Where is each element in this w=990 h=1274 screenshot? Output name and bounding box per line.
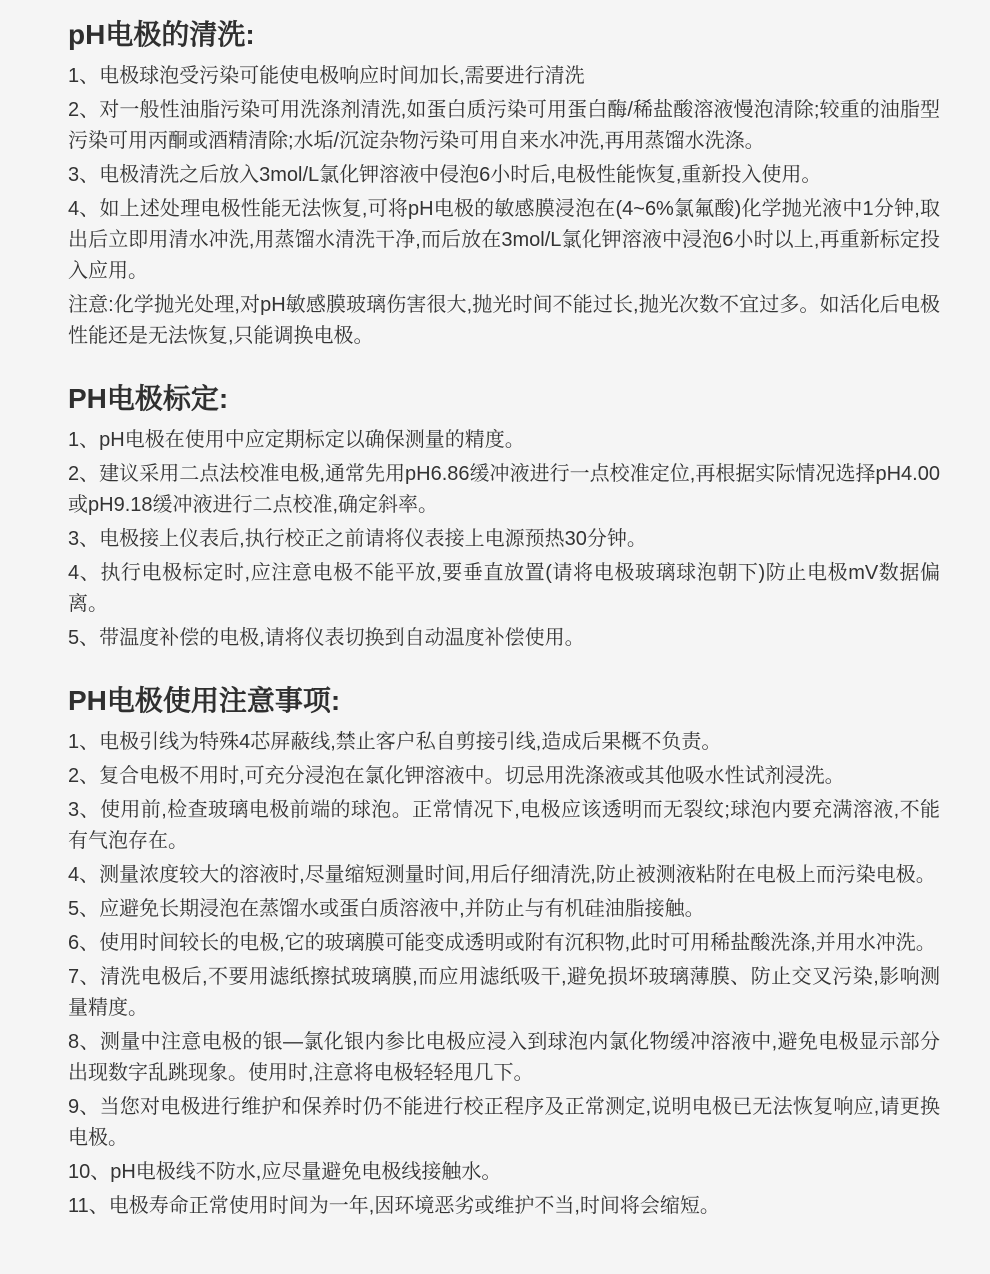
list-item: 10、pH电极线不防水,应尽量避免电极线接触水。 xyxy=(68,1157,940,1188)
section-ph-usage-precautions: PH电极使用注意事项: 1、电极引线为特殊4芯屏蔽线,禁止客户私自剪接引线,造成… xyxy=(68,680,940,1222)
list-item: 3、电极清洗之后放入3mol/L氯化钾溶液中侵泡6小时后,电极性能恢复,重新投入… xyxy=(68,160,940,191)
list-item: 6、使用时间较长的电极,它的玻璃膜可能变成透明或附有沉积物,此时可用稀盐酸洗涤,… xyxy=(68,928,940,959)
section-title: PH电极使用注意事项: xyxy=(68,680,940,722)
list-item: 4、测量浓度较大的溶液时,尽量缩短测量时间,用后仔细清洗,防止被测液粘附在电极上… xyxy=(68,860,940,891)
list-item: 11、电极寿命正常使用时间为一年,因环境恶劣或维护不当,时间将会缩短。 xyxy=(68,1191,940,1222)
list-item: 5、应避免长期浸泡在蒸馏水或蛋白质溶液中,并防止与有机硅油脂接触。 xyxy=(68,894,940,925)
list-item: 5、带温度补偿的电极,请将仪表切换到自动温度补偿使用。 xyxy=(68,623,940,654)
section-ph-cleaning: pH电极的清洗: 1、电极球泡受污染可能使电极响应时间加长,需要进行清洗 2、对… xyxy=(68,14,940,352)
section-title: PH电极标定: xyxy=(68,378,940,420)
note-paragraph: 注意:化学抛光处理,对pH敏感膜玻璃伤害很大,抛光时间不能过长,抛光次数不宜过多… xyxy=(68,290,940,352)
section-title: pH电极的清洗: xyxy=(68,14,940,56)
list-item: 8、测量中注意电极的银—氯化银内参比电极应浸入到球泡内氯化物缓冲溶液中,避免电极… xyxy=(68,1027,940,1089)
list-item: 4、执行电极标定时,应注意电极不能平放,要垂直放置(请将电极玻璃球泡朝下)防止电… xyxy=(68,558,940,620)
list-item: 2、复合电极不用时,可充分浸泡在氯化钾溶液中。切忌用洗涤液或其他吸水性试剂浸洗。 xyxy=(68,761,940,792)
list-item: 1、电极引线为特殊4芯屏蔽线,禁止客户私自剪接引线,造成后果概不负责。 xyxy=(68,727,940,758)
list-item: 1、电极球泡受污染可能使电极响应时间加长,需要进行清洗 xyxy=(68,61,940,92)
section-ph-calibration: PH电极标定: 1、pH电极在使用中应定期标定以确保测量的精度。 2、建议采用二… xyxy=(68,378,940,654)
list-item: 4、如上述处理电极性能无法恢复,可将pH电极的敏感膜浸泡在(4~6%氯氟酸)化学… xyxy=(68,194,940,287)
list-item: 9、当您对电极进行维护和保养时仍不能进行校正程序及正常测定,说明电极已无法恢复响… xyxy=(68,1092,940,1154)
list-item: 2、对一般性油脂污染可用洗涤剂清洗,如蛋白质污染可用蛋白酶/稀盐酸溶液慢泡清除;… xyxy=(68,95,940,157)
list-item: 3、使用前,检查玻璃电极前端的球泡。正常情况下,电极应该透明而无裂纹;球泡内要充… xyxy=(68,795,940,857)
list-item: 3、电极接上仪表后,执行校正之前请将仪表接上电源预热30分钟。 xyxy=(68,524,940,555)
list-item: 7、清洗电极后,不要用滤纸擦拭玻璃膜,而应用滤纸吸干,避免损坏玻璃薄膜、防止交叉… xyxy=(68,962,940,1024)
list-item: 1、pH电极在使用中应定期标定以确保测量的精度。 xyxy=(68,425,940,456)
instruction-document: pH电极的清洗: 1、电极球泡受污染可能使电极响应时间加长,需要进行清洗 2、对… xyxy=(0,0,990,1273)
list-item: 2、建议采用二点法校准电极,通常先用pH6.86缓冲液进行一点校准定位,再根据实… xyxy=(68,459,940,521)
